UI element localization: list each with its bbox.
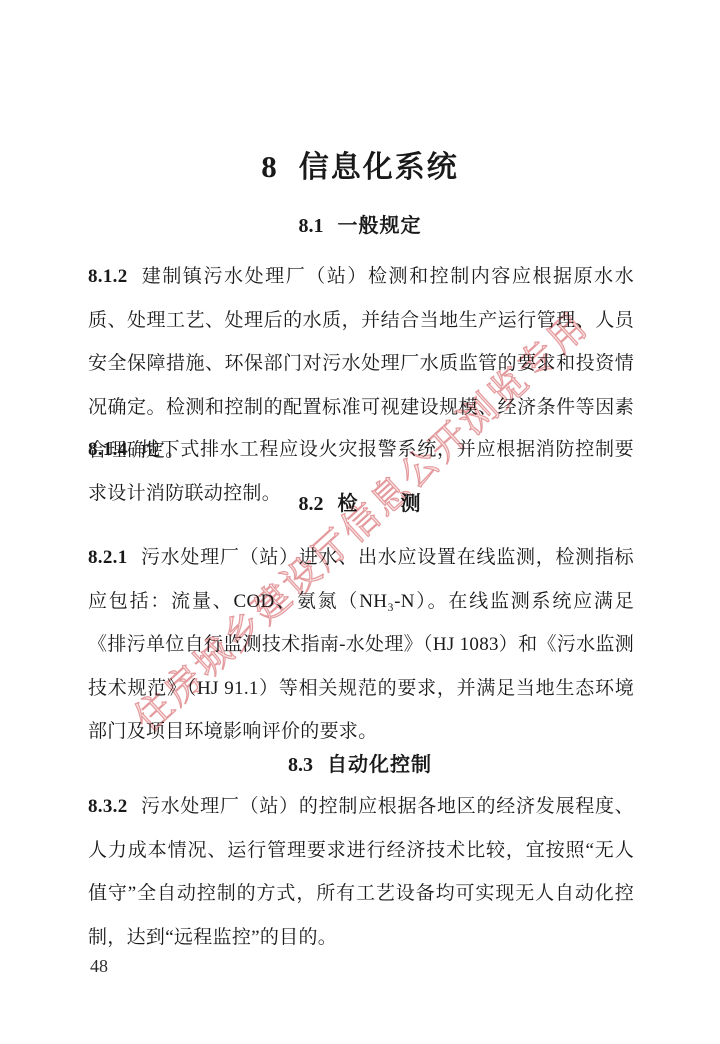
section-number: 8.2 <box>299 493 324 515</box>
clause-paragraph-8-2-1: 8.2.1污水处理厂（站）进水、出水应设置在线监测，检测指标应包括：流量、COD… <box>88 536 634 754</box>
section-heading-8-1: 8.1一般规定 <box>0 209 720 238</box>
section-heading-8-3: 8.3自动化控制 <box>0 748 720 777</box>
clause-number: 8.2.1 <box>88 547 128 568</box>
clause-number: 8.1.4 <box>88 439 128 460</box>
clause-number: 8.1.2 <box>88 266 128 287</box>
section-title-text: 一般规定 <box>338 215 422 237</box>
chapter-number: 8 <box>261 149 277 184</box>
chapter-title-text: 信息化系统 <box>299 151 459 184</box>
clause-paragraph-8-3-2: 8.3.2污水处理厂（站）的控制应根据各地区的经济发展程度、人力成本情况、运行管… <box>88 785 634 959</box>
section-number: 8.1 <box>299 215 324 237</box>
clause-text: 污水处理厂（站）的控制应根据各地区的经济发展程度、人力成本情况、运行管理要求进行… <box>88 796 634 948</box>
clause-text: 污水处理厂（站）进水、出水应设置在线监测，检测指标应包括：流量、COD、氨氮（N… <box>88 547 634 742</box>
section-title-text: 检 测 <box>338 493 422 515</box>
section-title-text: 自动化控制 <box>327 754 432 776</box>
chapter-title: 8信息化系统 <box>0 142 720 186</box>
section-heading-8-2: 8.2检 测 <box>0 487 720 516</box>
document-page: 住房城乡建设厅信息公开浏览专用 8信息化系统 8.1一般规定 8.1.2建制镇污… <box>0 0 720 1044</box>
clause-number: 8.3.2 <box>88 796 128 817</box>
section-number: 8.3 <box>288 754 313 776</box>
page-number: 48 <box>90 956 108 977</box>
